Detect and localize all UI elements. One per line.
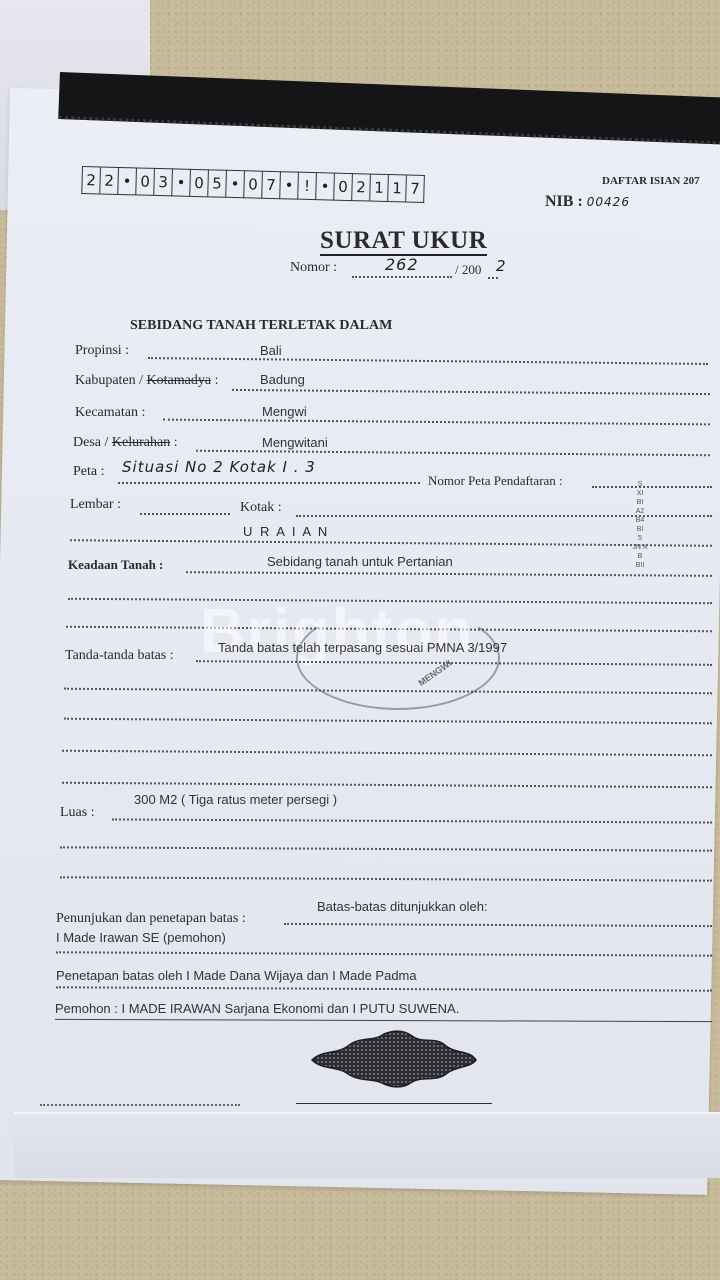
nomor-peta-label: Nomor Peta Pendaftaran : <box>428 473 563 489</box>
penunjukan-value-line2: I Made Irawan SE (pemohon) <box>56 930 226 945</box>
nib: NIB : 00426 <box>545 193 630 211</box>
code-digit-box: 3 <box>154 168 173 196</box>
code-digit-box: 7 <box>406 175 425 203</box>
nomor-label: Nomor : <box>290 260 337 276</box>
official-stamp: MENGWI <box>296 606 500 710</box>
peta-label: Peta : <box>73 464 105 480</box>
code-digit-box: 5 <box>208 169 227 197</box>
code-digit-box: • <box>226 170 245 198</box>
code-digit-box: 0 <box>334 173 353 201</box>
year-prefix: / 200 <box>455 262 481 278</box>
form-code: DAFTAR ISIAN 207 <box>602 175 700 187</box>
scan-mark: B <box>620 552 660 561</box>
code-digit-box: 1 <box>370 174 389 202</box>
code-digit-box: 0 <box>190 169 209 197</box>
keadaan-tanah-value: Sebidang tanah untuk Pertanian <box>267 554 453 569</box>
peta-value: Situasi No 2 Kotak I . 3 <box>122 458 316 476</box>
desa-label: Desa / Kelurahan : <box>73 435 178 451</box>
scan-mark: B4 <box>620 516 660 525</box>
registration-code-boxes: 22•03•05•07•!•02117 <box>81 166 425 203</box>
lembar-label: Lembar : <box>70 497 121 513</box>
penunjukan-label: Penunjukan dan penetapan batas : <box>56 911 246 927</box>
kecamatan-label: Kecamatan : <box>75 405 145 421</box>
uraian-heading: U R A I A N <box>243 524 329 539</box>
propinsi-value: Bali <box>260 343 282 358</box>
code-digit-box: 2 <box>100 166 119 194</box>
code-digit-box: 7 <box>262 171 281 199</box>
code-digit-box: • <box>316 172 335 200</box>
scan-mark: BI <box>620 525 660 534</box>
kecamatan-value: Mengwi <box>262 404 307 419</box>
kabupaten-value: Badung <box>260 372 305 387</box>
tanda-batas-label: Tanda-tanda batas : <box>65 648 174 664</box>
code-digit-box: 2 <box>352 173 371 201</box>
scan-mark: BII <box>620 561 660 570</box>
code-digit-box: • <box>280 171 299 199</box>
luas-label: Luas : <box>60 805 95 821</box>
nib-label: NIB <box>545 193 573 210</box>
penunjukan-value-line1: Batas-batas ditunjukkan oleh: <box>317 899 488 914</box>
section-heading: SEBIDANG TANAH TERLETAK DALAM <box>130 318 392 334</box>
scan-mark: A2 <box>620 507 660 516</box>
nomor-value: 262 <box>385 255 419 274</box>
scan-mark: BI <box>620 498 660 507</box>
surat-ukur-document: 22•03•05•07•!•02117 DAFTAR ISIAN 207 NIB… <box>0 0 720 1280</box>
page-title: SURAT UKUR <box>320 228 487 256</box>
code-digit-box: 0 <box>136 167 155 195</box>
keadaan-tanah-label: Keadaan Tanah : <box>68 557 163 573</box>
tanda-batas-value: Tanda batas telah terpasang sesuai PMNA … <box>218 640 507 655</box>
code-digit-box: • <box>118 167 137 195</box>
luas-value: 300 M2 ( Tiga ratus meter persegi ) <box>134 792 337 807</box>
penetapan-text: Penetapan batas oleh I Made Dana Wijaya … <box>56 968 417 983</box>
scan-mark: S <box>620 480 660 489</box>
code-digit-box: 0 <box>244 170 263 198</box>
code-digit-box: • <box>172 168 191 196</box>
kabupaten-label: Kabupaten / Kotamadya : <box>75 373 218 389</box>
scan-margin-marks: SXIBIA2B4BI5JN XBBII <box>620 480 660 550</box>
scan-mark: XI <box>620 489 660 498</box>
scan-mark: 5 <box>620 534 660 543</box>
code-digit-box: 1 <box>388 174 407 202</box>
nib-value: 00426 <box>587 195 630 209</box>
ornament-seal-icon <box>308 1028 480 1090</box>
code-digit-box: ! <box>298 172 317 200</box>
desa-value: Mengwitani <box>262 435 328 450</box>
code-digit-box: 2 <box>81 166 101 194</box>
year-suffix: 2 <box>496 257 507 275</box>
kotak-label: Kotak : <box>240 500 282 516</box>
propinsi-label: Propinsi : <box>75 343 129 359</box>
pemohon-text: Pemohon : I MADE IRAWAN Sarjana Ekonomi … <box>55 1001 459 1016</box>
